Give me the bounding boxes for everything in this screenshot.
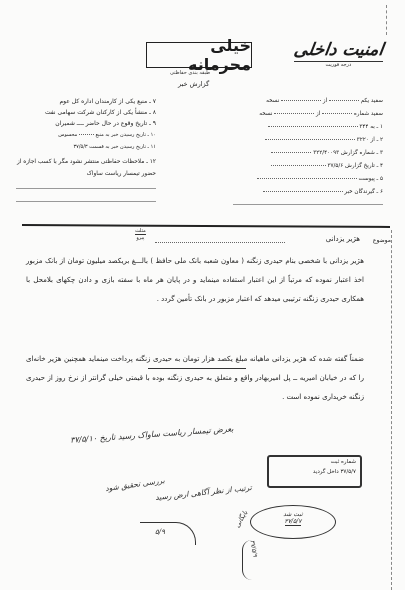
- body-paragraph-2: ضمناً گفته شده که هژیر یزدانی ماهیانه مب…: [26, 350, 364, 407]
- margin-dash: [386, 5, 387, 35]
- classification-box: خیلی محرمانه: [146, 42, 252, 68]
- field-line: [16, 188, 156, 189]
- logo-subtitle: درجه فوریت: [294, 61, 383, 68]
- registration-stamp: شماره ثبت ۳۷/۵/۷ داخل گردید: [267, 455, 362, 488]
- classification-subtitle: طبقه بندی حفاظتی: [170, 70, 210, 76]
- logo-text: امنیت داخلی: [292, 40, 384, 60]
- field-news-to-section-date: ۱۱ ـ تاریخ رسیدن خبر به قسمت ۳۷/۵/۳: [8, 144, 156, 156]
- field-line: [233, 204, 383, 205]
- subject-line: [155, 242, 285, 243]
- field-origin: ۸ ـ منشأ یکی از کارکنان شرکت سهامی نفت: [8, 109, 156, 120]
- handwritten-note-review: ترتیب از نظر آگاهی ارض رسید: [155, 483, 252, 502]
- field-copy-1: سفید یکم از نسخه: [223, 98, 383, 111]
- organization-logo: امنیت داخلی درجه فوریت: [294, 40, 383, 68]
- registered-oval-stamp: ثبت شد ۳۷/۵/۷: [250, 505, 336, 539]
- body-paragraph-1: هژیر یزدانی با شخصی بنام حیدری زنگنه ( م…: [26, 252, 364, 309]
- field-recipients: ۶ ـ گیرندگان خبر: [223, 189, 383, 202]
- field-source: ۷ ـ منبع یکی از کارمندان اداره کل عوم: [8, 98, 156, 109]
- field-report-date: ۴ ـ تاریخ گزارش ۳۷/۵/۶: [223, 163, 383, 176]
- margin-note: مثلث پیرو: [135, 228, 146, 241]
- underline-mark: [148, 368, 246, 369]
- subject-value: هژیر یزدانی: [326, 235, 360, 243]
- handwritten-bracket: [242, 540, 255, 580]
- field-news-to-source-date: ۱۰ ـ تاریخ رسیدن خبر به منبع محسوس: [8, 132, 156, 144]
- subject-label: موضوع: [373, 237, 391, 244]
- left-fields: ۷ ـ منبع یکی از کارمندان اداره کل عوم ۸ …: [8, 98, 156, 202]
- field-line: [16, 201, 156, 202]
- field-attachment: ۵ ـ پیوست: [223, 176, 383, 189]
- margin-dash: [391, 230, 392, 590]
- field-from: ۲ ـ از ۳۲۲۰: [223, 137, 383, 150]
- field-security-notes: ۱۲ ـ ملاحظات حفاظتی منتشر نشود مگر با کس…: [8, 156, 156, 180]
- report-type: گزارش خبر: [178, 80, 209, 88]
- field-copy-2: سفید شماره از نسخه: [223, 111, 383, 124]
- field-to: ۱ ـ به ۳۴۴: [223, 124, 383, 137]
- handwritten-curve: [140, 522, 196, 545]
- right-fields: سفید یکم از نسخه سفید شماره از نسخه ۱ ـ …: [223, 98, 383, 205]
- section-divider: [22, 224, 390, 228]
- classification-label: خیلی محرمانه: [147, 36, 251, 74]
- field-report-number: ۳ ـ شماره گزارش ۳۲۲/۴۰۰۹۳: [223, 150, 383, 163]
- field-event-date: ۹ ـ تاریخ وقوع در حال حاضر ــــ شمیران: [8, 120, 156, 132]
- handwritten-note-presented: بعرض تیمسار ریاست ساواک رسید تاریخ ۳۷/۵/…: [70, 424, 234, 444]
- handwritten-note-archive: بایگانی: [233, 509, 249, 529]
- handwritten-note-date: ۵/۹: [155, 528, 165, 536]
- handwritten-note-investigate: بررسی تحقیق شود: [105, 476, 166, 493]
